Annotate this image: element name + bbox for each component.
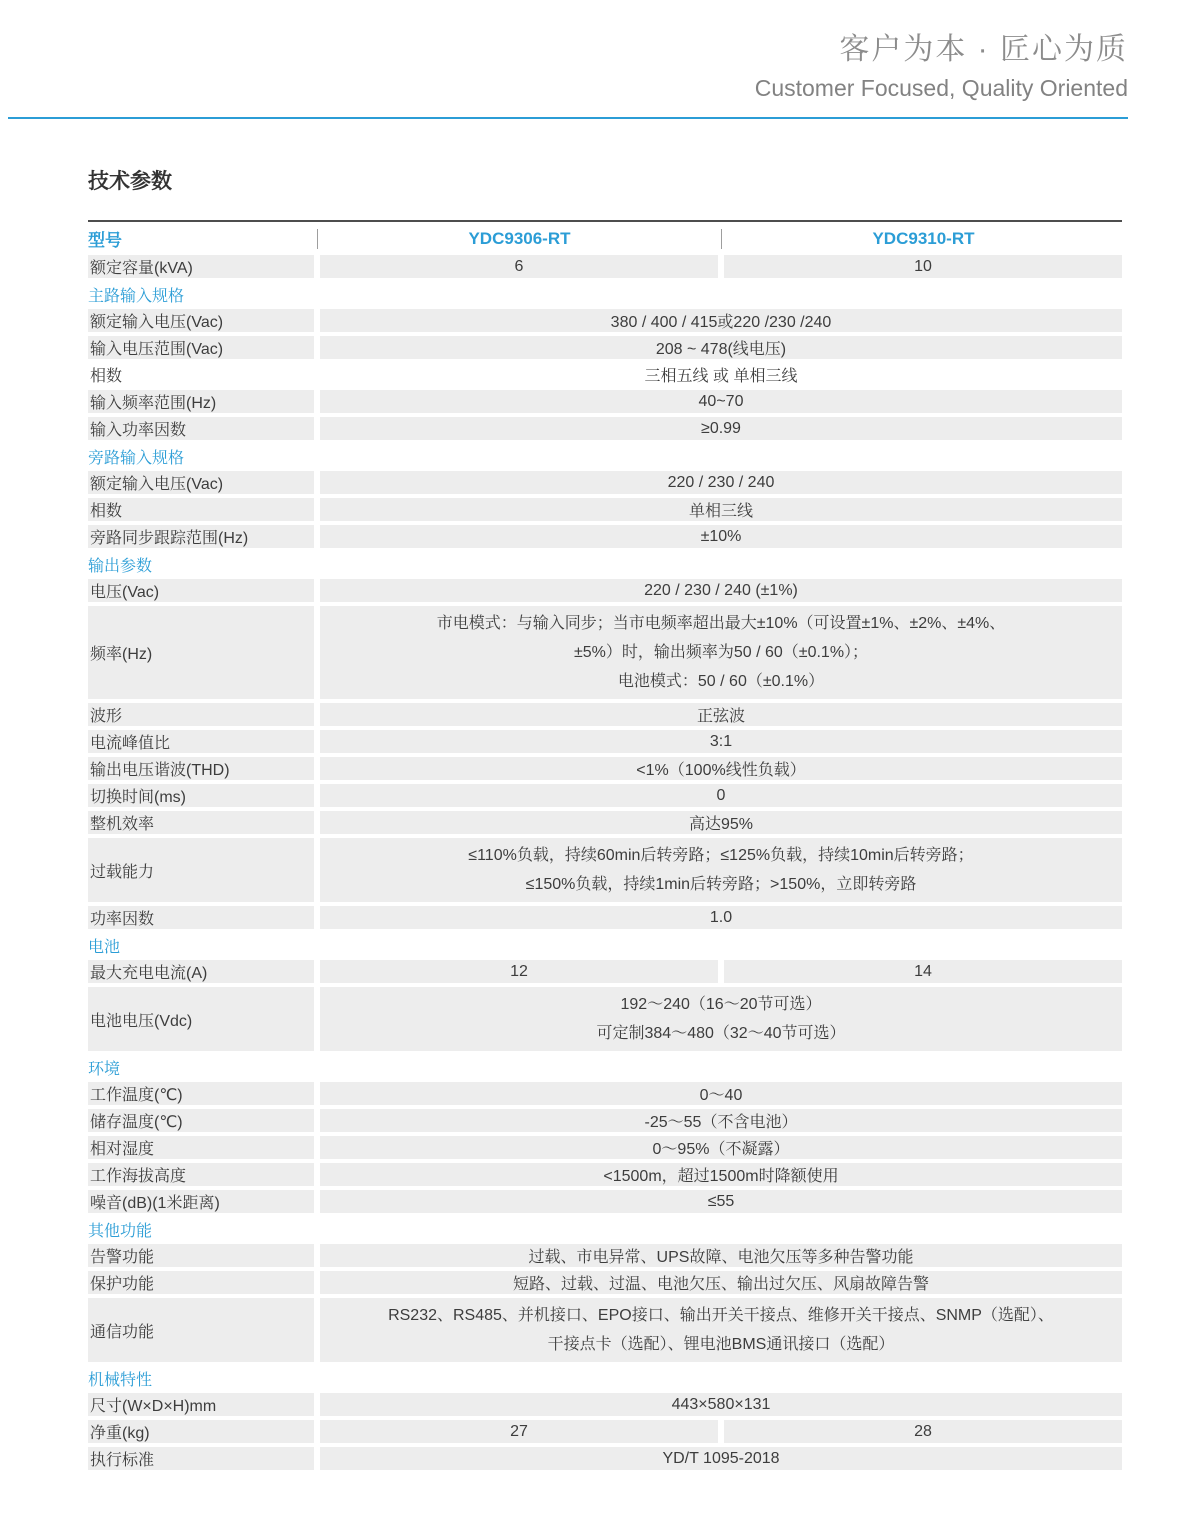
section-header: 机械特性 (88, 1367, 1122, 1389)
spec-row-label: 工作海拔高度 (88, 1163, 314, 1186)
spec-value-model2: 14 (724, 960, 1122, 983)
spec-row-label: 储存温度(℃) (88, 1109, 314, 1132)
spec-row: 输入功率因数≥0.99 (88, 417, 1122, 440)
spec-row-label: 频率(Hz) (88, 606, 314, 699)
spec-row: 相对湿度0～95%（不凝露） (88, 1136, 1122, 1159)
section-header: 环境 (88, 1056, 1122, 1078)
spec-table: 型号 YDC9306-RT YDC9310-RT 额定容量(kVA)610主路输… (88, 220, 1122, 1470)
spec-value-model2: 28 (724, 1420, 1122, 1443)
spec-row: 保护功能短路、过载、过温、电池欠压、输出过欠压、风扇故障告警 (88, 1271, 1122, 1294)
spec-row-label: 输入电压范围(Vac) (88, 336, 314, 359)
spec-value: 1.0 (320, 906, 1122, 929)
spec-value-model1: 27 (320, 1420, 718, 1443)
spec-value: <1500m，超过1500m时降额使用 (320, 1163, 1122, 1186)
spec-row: 相数三相五线 或 单相三线 (88, 363, 1122, 386)
spec-row: 相数单相三线 (88, 498, 1122, 521)
spec-value: 单相三线 (320, 498, 1122, 521)
spec-value: ≤110%负载，持续60min后转旁路；≤125%负载，持续10min后转旁路；… (320, 838, 1122, 902)
spec-row-label: 告警功能 (88, 1244, 314, 1267)
spec-row-label: 通信功能 (88, 1298, 314, 1362)
spec-row: 尺寸(W×D×H)mm443×580×131 (88, 1393, 1122, 1416)
spec-row-label: 电池电压(Vdc) (88, 987, 314, 1051)
spec-row-label: 额定输入电压(Vac) (88, 471, 314, 494)
spec-row: 输出电压谐波(THD)<1%（100%线性负载） (88, 757, 1122, 780)
spec-row: 额定输入电压(Vac)380 / 400 / 415或220 /230 /240 (88, 309, 1122, 332)
spec-row: 输入频率范围(Hz)40~70 (88, 390, 1122, 413)
spec-value-line: 市电模式：与输入同步；当市电频率超出最大±10%（可设置±1%、±2%、±4%、 (437, 609, 1006, 638)
spec-row-label: 旁路同步跟踪范围(Hz) (88, 525, 314, 548)
spec-row: 执行标准YD/T 1095-2018 (88, 1447, 1122, 1470)
spec-row: 输入电压范围(Vac)208 ~ 478(线电压) (88, 336, 1122, 359)
spec-value: ±10% (320, 525, 1122, 548)
spec-row: 额定输入电压(Vac)220 / 230 / 240 (88, 471, 1122, 494)
spec-row-label: 相数 (88, 363, 314, 386)
spec-value: 过载、市电异常、UPS故障、电池欠压等多种告警功能 (320, 1244, 1122, 1267)
model-name-1: YDC9306-RT (321, 229, 718, 249)
table-header-row: 型号 YDC9306-RT YDC9310-RT (88, 222, 1122, 255)
slogan-chinese: 客户为本 · 匠心为质 (0, 24, 1128, 68)
header-divider-line (8, 117, 1128, 119)
spec-row: 切换时间(ms)0 (88, 784, 1122, 807)
column-separator (317, 229, 318, 249)
section-header: 主路输入规格 (88, 283, 1122, 305)
spec-value: 220 / 230 / 240 (±1%) (320, 579, 1122, 602)
section-header: 旁路输入规格 (88, 445, 1122, 467)
spec-row-label: 相对湿度 (88, 1136, 314, 1159)
model-column-label: 型号 (88, 226, 314, 251)
spec-row-label: 波形 (88, 703, 314, 726)
spec-row-label: 过载能力 (88, 838, 314, 902)
spec-value-line: ≤150%负载，持续1min后转旁路；>150%，立即转旁路 (526, 870, 917, 899)
spec-row-label: 尺寸(W×D×H)mm (88, 1393, 314, 1416)
spec-row: 功率因数1.0 (88, 906, 1122, 929)
spec-row: 过载能力≤110%负载，持续60min后转旁路；≤125%负载，持续10min后… (88, 838, 1122, 902)
spec-value-line: 电池模式：50 / 60（±0.1%） (618, 667, 824, 696)
spec-row-label: 输入功率因数 (88, 417, 314, 440)
page-title: 技术参数 (88, 165, 1200, 195)
section-header: 电池 (88, 934, 1122, 956)
brochure-page: 客户为本 · 匠心为质 Customer Focused, Quality Or… (0, 0, 1200, 1524)
spec-value-model1: 12 (320, 960, 718, 983)
spec-row: 噪音(dB)(1米距离)≤55 (88, 1190, 1122, 1213)
spec-value-line: RS232、RS485、并机接口、EPO接口、输出开关干接点、维修开关干接点、S… (388, 1301, 1054, 1330)
spec-value: 40~70 (320, 390, 1122, 413)
section-header: 输出参数 (88, 553, 1122, 575)
spec-row-label: 净重(kg) (88, 1420, 314, 1443)
spec-row-label: 输入频率范围(Hz) (88, 390, 314, 413)
section-header: 其他功能 (88, 1218, 1122, 1240)
spec-row: 频率(Hz)市电模式：与输入同步；当市电频率超出最大±10%（可设置±1%、±2… (88, 606, 1122, 699)
spec-value: 3:1 (320, 730, 1122, 753)
spec-row: 旁路同步跟踪范围(Hz)±10% (88, 525, 1122, 548)
spec-row: 电压(Vac)220 / 230 / 240 (±1%) (88, 579, 1122, 602)
table-body: 额定容量(kVA)610主路输入规格额定输入电压(Vac)380 / 400 /… (88, 255, 1122, 1470)
spec-row-label: 相数 (88, 498, 314, 521)
model-name-2: YDC9310-RT (725, 229, 1122, 249)
spec-value: 0～40 (320, 1082, 1122, 1105)
spec-row: 电流峰值比3:1 (88, 730, 1122, 753)
spec-value: 三相五线 或 单相三线 (320, 363, 1122, 386)
spec-value: ≤55 (320, 1190, 1122, 1213)
spec-value: 380 / 400 / 415或220 /230 /240 (320, 309, 1122, 332)
spec-value-line: ≤110%负载，持续60min后转旁路；≤125%负载，持续10min后转旁路； (468, 841, 973, 870)
spec-value: 208 ~ 478(线电压) (320, 336, 1122, 359)
spec-row-label: 执行标准 (88, 1447, 314, 1470)
spec-row: 波形正弦波 (88, 703, 1122, 726)
spec-row: 电池电压(Vdc)192～240（16～20节可选）可定制384～480（32～… (88, 987, 1122, 1051)
spec-row-label: 最大充电电流(A) (88, 960, 314, 983)
spec-value-line: 干接点卡（选配）、锂电池BMS通讯接口（选配） (548, 1330, 895, 1359)
spec-value-line: 可定制384～480（32～40节可选） (597, 1019, 846, 1048)
spec-row-label: 噪音(dB)(1米距离) (88, 1190, 314, 1213)
spec-row-label: 整机效率 (88, 811, 314, 834)
spec-row-label: 电流峰值比 (88, 730, 314, 753)
spec-value-line: ±5%）时，输出频率为50 / 60（±0.1%）； (574, 638, 868, 667)
spec-row: 最大充电电流(A)1214 (88, 960, 1122, 983)
spec-row: 储存温度(℃)-25～55（不含电池） (88, 1109, 1122, 1132)
spec-row: 告警功能过载、市电异常、UPS故障、电池欠压等多种告警功能 (88, 1244, 1122, 1267)
spec-value: 192～240（16～20节可选）可定制384～480（32～40节可选） (320, 987, 1122, 1051)
spec-value: 0～95%（不凝露） (320, 1136, 1122, 1159)
spec-row: 工作温度(℃)0～40 (88, 1082, 1122, 1105)
spec-row-label: 额定容量(kVA) (88, 255, 314, 278)
spec-value: 443×580×131 (320, 1393, 1122, 1416)
spec-value: 0 (320, 784, 1122, 807)
spec-value-model1: 6 (320, 255, 718, 278)
spec-value: 高达95% (320, 811, 1122, 834)
spec-value: 短路、过载、过温、电池欠压、输出过欠压、风扇故障告警 (320, 1271, 1122, 1294)
spec-value: 正弦波 (320, 703, 1122, 726)
spec-value: -25～55（不含电池） (320, 1109, 1122, 1132)
spec-value: 220 / 230 / 240 (320, 471, 1122, 494)
spec-row-label: 切换时间(ms) (88, 784, 314, 807)
slogan-english: Customer Focused, Quality Oriented (0, 75, 1128, 102)
spec-row: 通信功能RS232、RS485、并机接口、EPO接口、输出开关干接点、维修开关干… (88, 1298, 1122, 1362)
spec-row-label: 功率因数 (88, 906, 314, 929)
spec-row-label: 电压(Vac) (88, 579, 314, 602)
page-header: 客户为本 · 匠心为质 Customer Focused, Quality Or… (0, 0, 1200, 119)
spec-value-model2: 10 (724, 255, 1122, 278)
spec-row-label: 额定输入电压(Vac) (88, 309, 314, 332)
spec-row-label: 工作温度(℃) (88, 1082, 314, 1105)
spec-row-label: 输出电压谐波(THD) (88, 757, 314, 780)
spec-value: YD/T 1095-2018 (320, 1447, 1122, 1470)
spec-value: ≥0.99 (320, 417, 1122, 440)
spec-value-line: 192～240（16～20节可选） (621, 990, 822, 1019)
spec-value: <1%（100%线性负载） (320, 757, 1122, 780)
spec-row: 工作海拔高度<1500m，超过1500m时降额使用 (88, 1163, 1122, 1186)
spec-row-label: 保护功能 (88, 1271, 314, 1294)
spec-row: 净重(kg)2728 (88, 1420, 1122, 1443)
spec-value: RS232、RS485、并机接口、EPO接口、输出开关干接点、维修开关干接点、S… (320, 1298, 1122, 1362)
column-separator (721, 229, 722, 249)
spec-row: 整机效率高达95% (88, 811, 1122, 834)
spec-value: 市电模式：与输入同步；当市电频率超出最大±10%（可设置±1%、±2%、±4%、… (320, 606, 1122, 699)
spec-row: 额定容量(kVA)610 (88, 255, 1122, 278)
